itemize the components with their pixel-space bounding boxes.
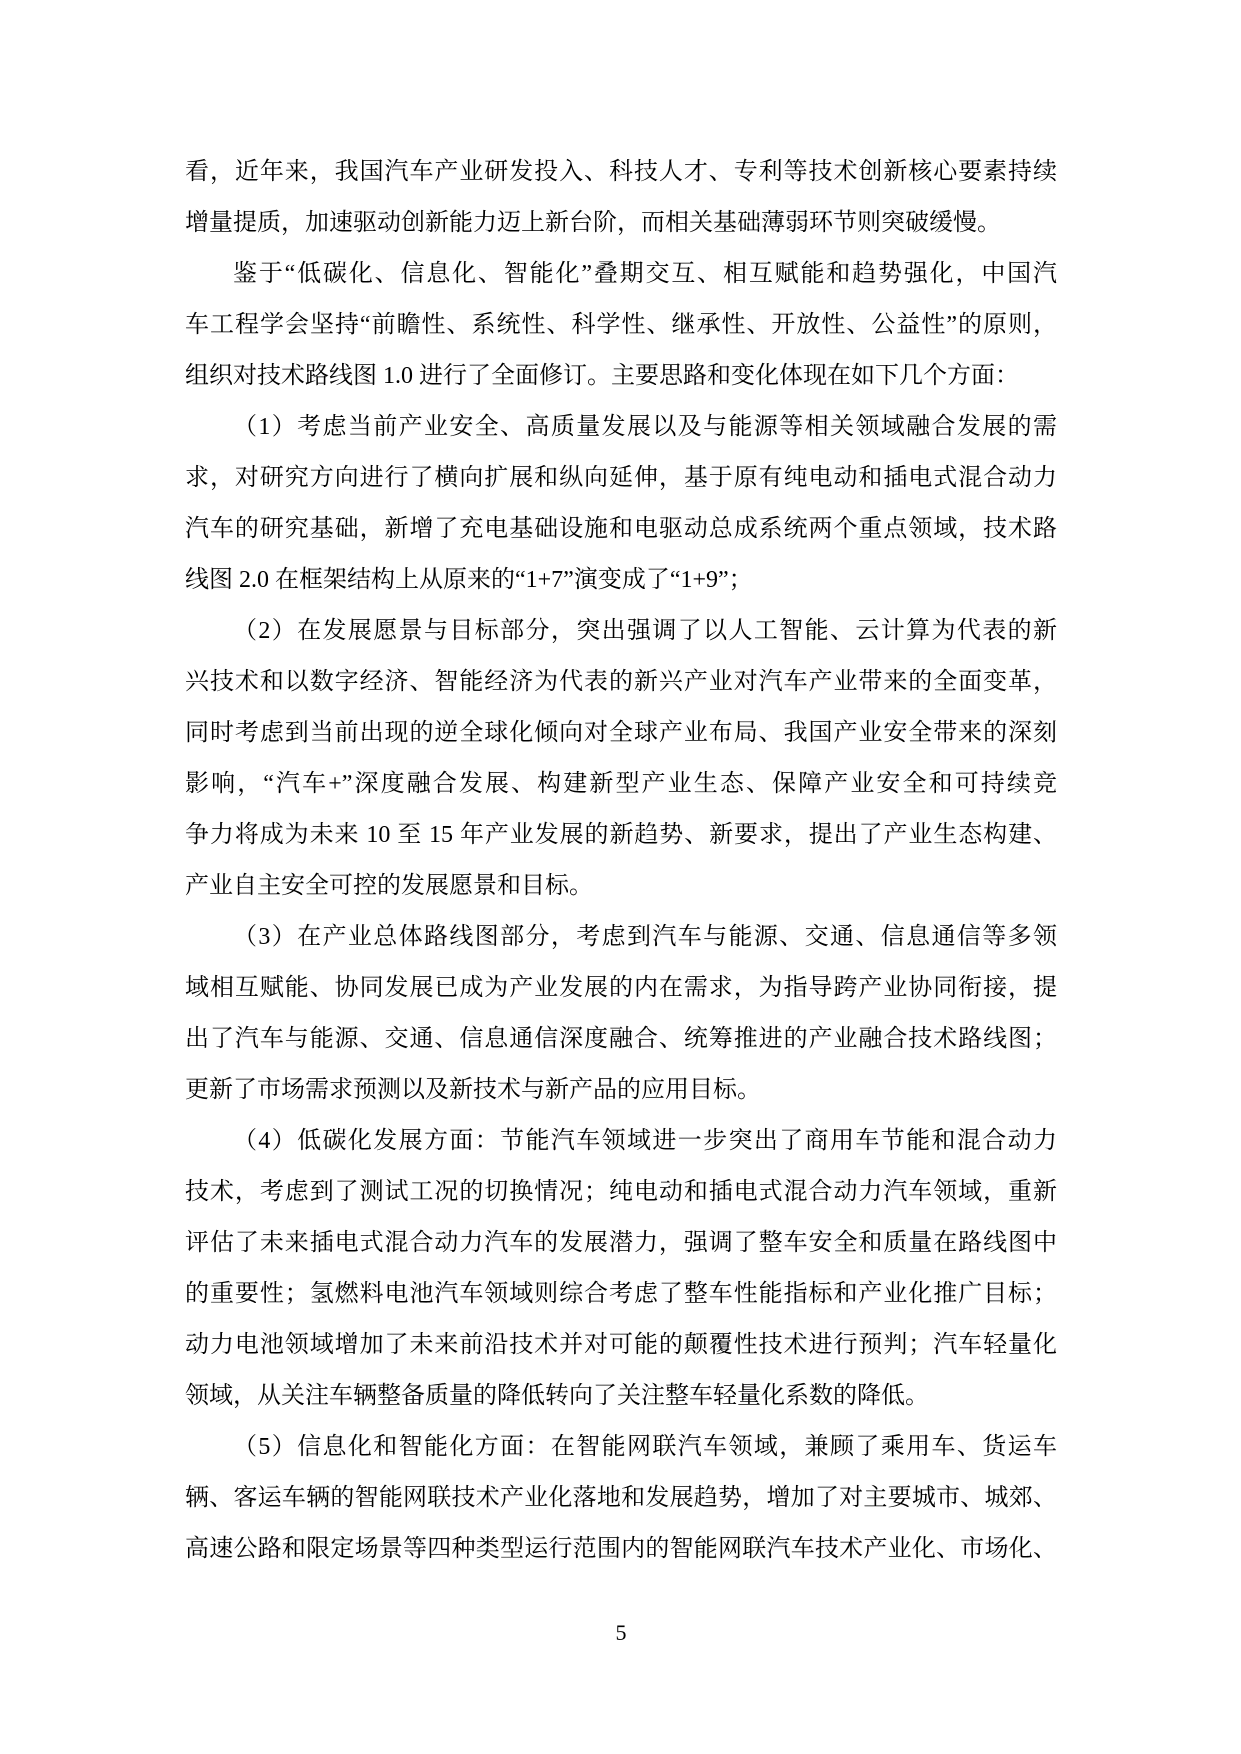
text-line: 线图 2.0 在框架结构上从原来的“1+7”演变成了“1+9”；	[185, 555, 1057, 606]
text-line: （2）在发展愿景与目标部分，突出强调了以人工智能、云计算为代表的新	[185, 606, 1057, 657]
paragraph-continuation: 看，近年来，我国汽车产业研发投入、科技人才、专利等技术创新核心要素持续增量提质，…	[185, 147, 1057, 249]
text-line: 域相互赋能、协同发展已成为产业发展的内在需求，为指导跨产业协同衔接，提	[185, 963, 1057, 1014]
text-line: 增量提质，加速驱动创新能力迈上新台阶，而相关基础薄弱环节则突破缓慢。	[185, 198, 1057, 249]
paragraph-point-4: （4）低碳化发展方面：节能汽车领域进一步突出了商用车节能和混合动力技术，考虑到了…	[185, 1116, 1057, 1422]
text-line: 组织对技术路线图 1.0 进行了全面修订。主要思路和变化体现在如下几个方面：	[185, 351, 1057, 402]
text-line: 争力将成为未来 10 至 15 年产业发展的新趋势、新要求，提出了产业生态构建、	[185, 810, 1057, 861]
text-line: 更新了市场需求预测以及新技术与新产品的应用目标。	[185, 1065, 1057, 1116]
paragraph-point-5: （5）信息化和智能化方面：在智能网联汽车领域，兼顾了乘用车、货运车辆、客运车辆的…	[185, 1422, 1057, 1575]
paragraph-point-3: （3）在产业总体路线图部分，考虑到汽车与能源、交通、信息通信等多领域相互赋能、协…	[185, 912, 1057, 1116]
text-line: 产业自主安全可控的发展愿景和目标。	[185, 861, 1057, 912]
text-line: 出了汽车与能源、交通、信息通信深度融合、统筹推进的产业融合技术路线图；	[185, 1014, 1057, 1065]
text-line: 汽车的研究基础，新增了充电基础设施和电驱动总成系统两个重点领域，技术路	[185, 504, 1057, 555]
text-line: 技术，考虑到了测试工况的切换情况；纯电动和插电式混合动力汽车领域，重新	[185, 1167, 1057, 1218]
text-line: 车工程学会坚持“前瞻性、系统性、科学性、继承性、开放性、公益性”的原则，	[185, 300, 1057, 351]
text-line: （3）在产业总体路线图部分，考虑到汽车与能源、交通、信息通信等多领	[185, 912, 1057, 963]
text-line: 鉴于“低碳化、信息化、智能化”叠期交互、相互赋能和趋势强化，中国汽	[185, 249, 1057, 300]
text-line: 的重要性；氢燃料电池汽车领域则综合考虑了整车性能指标和产业化推广目标；	[185, 1269, 1057, 1320]
document-page: 看，近年来，我国汽车产业研发投入、科技人才、专利等技术创新核心要素持续增量提质，…	[0, 0, 1241, 1754]
paragraph-revision-principles: 鉴于“低碳化、信息化、智能化”叠期交互、相互赋能和趋势强化，中国汽车工程学会坚持…	[185, 249, 1057, 402]
document-body: 看，近年来，我国汽车产业研发投入、科技人才、专利等技术创新核心要素持续增量提质，…	[185, 147, 1057, 1575]
text-line: 影响，“汽车+”深度融合发展、构建新型产业生态、保障产业安全和可持续竞	[185, 759, 1057, 810]
text-line: 同时考虑到当前出现的逆全球化倾向对全球产业布局、我国产业安全带来的深刻	[185, 708, 1057, 759]
text-line: 辆、客运车辆的智能网联技术产业化落地和发展趋势，增加了对主要城市、城郊、	[185, 1473, 1057, 1524]
text-line: 动力电池领域增加了未来前沿技术并对可能的颠覆性技术进行预判；汽车轻量化	[185, 1320, 1057, 1371]
text-line: （4）低碳化发展方面：节能汽车领域进一步突出了商用车节能和混合动力	[185, 1116, 1057, 1167]
text-line: （1）考虑当前产业安全、高质量发展以及与能源等相关领域融合发展的需	[185, 402, 1057, 453]
text-line: 求，对研究方向进行了横向扩展和纵向延伸，基于原有纯电动和插电式混合动力	[185, 453, 1057, 504]
text-line: 领域，从关注车辆整备质量的降低转向了关注整车轻量化系数的降低。	[185, 1371, 1057, 1422]
text-line: 评估了未来插电式混合动力汽车的发展潜力，强调了整车安全和质量在路线图中	[185, 1218, 1057, 1269]
text-line: 看，近年来，我国汽车产业研发投入、科技人才、专利等技术创新核心要素持续	[185, 147, 1057, 198]
paragraph-point-2: （2）在发展愿景与目标部分，突出强调了以人工智能、云计算为代表的新兴技术和以数字…	[185, 606, 1057, 912]
text-line: （5）信息化和智能化方面：在智能网联汽车领域，兼顾了乘用车、货运车	[185, 1422, 1057, 1473]
text-line: 兴技术和以数字经济、智能经济为代表的新兴产业对汽车产业带来的全面变革，	[185, 657, 1057, 708]
page-number: 5	[185, 1618, 1057, 1648]
paragraph-point-1: （1）考虑当前产业安全、高质量发展以及与能源等相关领域融合发展的需求，对研究方向…	[185, 402, 1057, 606]
text-line: 高速公路和限定场景等四种类型运行范围内的智能网联汽车技术产业化、市场化、	[185, 1524, 1057, 1575]
